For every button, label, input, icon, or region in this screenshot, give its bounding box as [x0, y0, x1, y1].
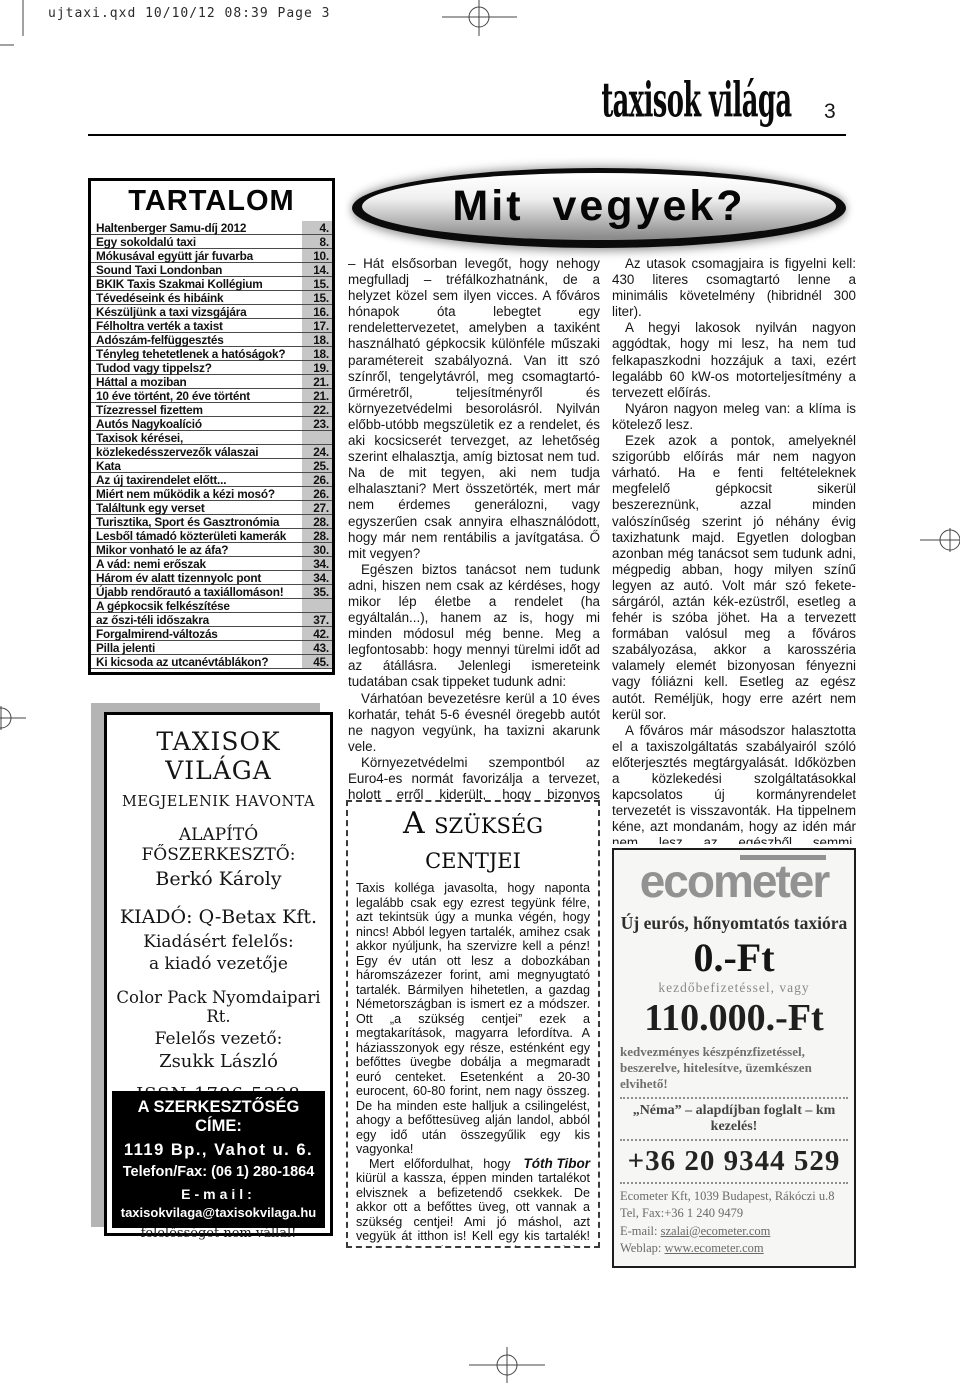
toc-item: Kata25.	[91, 459, 332, 473]
toc-box: TARTALOM Haltenberger Samu-díj 20124.Egy…	[88, 178, 335, 675]
ad-company: Ecometer Kft, 1039 Budapest, Rákóczi u.8	[620, 1188, 848, 1206]
toc-item: 10 éve történt, 20 éve történt21.	[91, 389, 332, 403]
toc-item: Taxisok kérései,	[91, 431, 332, 445]
imprint-founder-label: ALAPÍTÓ FŐSZERKESZTŐ:	[107, 825, 330, 865]
article-paragraph: Egészen biztos tanácsot nem tudunk adni,…	[348, 562, 600, 691]
toc-item: Forgalmirend-változás42.	[91, 627, 332, 641]
article-paragraph: A főváros már másodszor halasztotta el a…	[612, 723, 856, 844]
imprint-publisher: KIADÓ: Q-Betax Kft.	[107, 906, 330, 928]
box-article-paragraph: Taxis kolléga javasolta, hogy naponta le…	[356, 881, 590, 1157]
ad-feature: „Néma” – alapdíjban foglalt – km kezelés…	[620, 1103, 848, 1135]
toc-title: TARTALOM	[91, 185, 332, 218]
ad-email-link[interactable]: szalai@ecometer.com	[661, 1224, 771, 1238]
ad-price-secondary: 110.000.-Ft	[620, 999, 848, 1039]
imprint-printer-resp: Zsukk László	[107, 1051, 330, 1072]
editorial-address: 1119 Bp., Vahot u. 6.	[114, 1141, 323, 1160]
box-article: A szükség centjei Taxis kolléga javasolt…	[346, 800, 600, 1248]
page-number: 3	[824, 100, 836, 124]
article-banner-inner: Mit vegyek?	[362, 173, 836, 240]
ad-secondary-note: kedvezményes készpénzfizetéssel, beszere…	[620, 1044, 848, 1093]
toc-item: Miért nem működik a kézi mosó?26.	[91, 487, 332, 501]
article-paragraph: Az utasok csomagjaira is figyelni kell: …	[612, 256, 856, 320]
box-article-signature: Tóth Tibor	[511, 1157, 591, 1172]
magazine-logo: taxisok világa	[538, 76, 838, 132]
ecometer-logo: ecometer	[640, 858, 829, 904]
ad-headline: Új eurós, hőnyomtatós taxióra	[620, 913, 848, 934]
ad-divider	[620, 1139, 848, 1141]
toc-item: Turisztika, Sport és Gasztronómia28.	[91, 515, 332, 529]
imprint-frequency: MEGJELENIK HAVONTA	[107, 794, 330, 810]
toc-item: Készüljünk a taxi vizsgájára16.	[91, 305, 332, 319]
imprint-publisher-resp: a kiadó vezetője	[107, 954, 330, 974]
editorial-address-box: A SZERKESZTŐSÉG CÍME: 1119 Bp., Vahot u.…	[112, 1091, 325, 1228]
toc-list: Haltenberger Samu-díj 20124.Egy sokoldal…	[91, 221, 332, 669]
toc-item: Lesből támadó közterületi kamerák28.	[91, 529, 332, 543]
imprint-printer-resp-label: Felelős vezető:	[107, 1029, 330, 1049]
ad-divider	[620, 1182, 848, 1184]
toc-item: Három év alatt tizennyolc pont34.	[91, 571, 332, 585]
article-paragraph: – Hát elsősorban levegőt, hogy nehogy me…	[348, 256, 600, 562]
article-paragraph: Várhatóan bevezetésre kerül a 10 éves ko…	[348, 691, 600, 755]
toc-item: Pilla jelenti43.	[91, 641, 332, 655]
toc-item: Haltenberger Samu-díj 20124.	[91, 221, 332, 235]
toc-item: Félholtra verték a taxist17.	[91, 319, 332, 333]
toc-item: Egy sokoldalú taxi8.	[91, 235, 332, 249]
article-title: Mit vegyek?	[452, 182, 745, 231]
article-paragraph: Környezetvédelmi szempontból az Euro4-es…	[348, 755, 600, 800]
toc-item: Tízezressel fizettem22.	[91, 403, 332, 417]
toc-item: Autós Nagykoalíció23.	[91, 417, 332, 431]
magazine-page: { "page": { "slug": "ujtaxi.qxd 10/10/12…	[0, 0, 960, 1384]
imprint-printer: Color Pack Nyomdaipari Rt.	[107, 988, 330, 1026]
imprint-founder: Berkó Károly	[107, 868, 330, 890]
article-column-2: Az utasok csomagjaira is figyelni kell: …	[612, 256, 856, 844]
ad-box: ecometer Új eurós, hőnyomtatós taxióra 0…	[612, 848, 856, 1268]
toc-item: Adószám-felfüggesztés18.	[91, 333, 332, 347]
toc-item: Újabb rendőrautó a taxiállomáson!35.	[91, 585, 332, 599]
article-column-1: – Hát elsősorban levegőt, hogy nehogy me…	[348, 256, 600, 800]
toc-item: Találtunk egy verset27.	[91, 501, 332, 515]
editorial-title: A SZERKESZTŐSÉG CÍME:	[114, 1098, 323, 1136]
toc-item: Tudod vagy tippelsz?19.	[91, 361, 332, 375]
ad-email-line: E-mail: szalai@ecometer.com	[620, 1223, 848, 1241]
toc-item: A gépkocsik felkészítése	[91, 599, 332, 613]
article-banner: Mit vegyek?	[352, 168, 846, 248]
editorial-email: taxisokvilaga@taxisokvilaga.hu	[114, 1205, 323, 1220]
ad-price-note: kezdőbefizetéssel, vagy	[620, 980, 848, 996]
imprint-title: TAXISOK VILÁGA	[107, 727, 330, 785]
toc-item: Mikor vonható le az áfa?30.	[91, 543, 332, 557]
ad-phone: +36 20 9344 529	[620, 1145, 848, 1178]
imprint-publisher-resp-label: Kiadásért felelős:	[107, 932, 330, 952]
ad-tel-fax: Tel, Fax:+36 1 240 9479	[620, 1205, 848, 1223]
ad-web-line: Weblap: www.ecometer.com	[620, 1240, 848, 1258]
editorial-email-label: E-mail:	[114, 1186, 323, 1202]
ecometer-logo-bar	[740, 855, 827, 860]
article-paragraph: A hegyi lakosok nyilván nagyon aggódtak,…	[612, 320, 856, 400]
toc-item: Az új taxirendelet előtt...26.	[91, 473, 332, 487]
article-paragraph: Ezek azok a pontok, amelyeknél szigorúbb…	[612, 433, 856, 723]
toc-item: BKIK Taxis Szakmai Kollégium15.	[91, 277, 332, 291]
toc-item: Háttal a moziban21.	[91, 375, 332, 389]
toc-item: Tényleg tehetetlenek a hatóságok?18.	[91, 347, 332, 361]
toc-item: A vád: nemi erőszak34.	[91, 557, 332, 571]
ad-price-primary: 0.-Ft	[620, 937, 848, 979]
article-paragraph: Nyáron nagyon meleg van: a klíma is köte…	[612, 401, 856, 433]
toc-item: közlekedésszervezők válaszai24.	[91, 445, 332, 459]
toc-item: Mókusával együtt jár fuvarba10.	[91, 249, 332, 263]
toc-item: Ki kicsoda az utcanévtáblákon?45.	[91, 655, 332, 669]
prepress-slug: ujtaxi.qxd 10/10/12 08:39 Page 3	[48, 6, 330, 21]
box-article-title: A szükség centjei	[356, 806, 590, 876]
toc-item: Tévedéseink és hibáink15.	[91, 291, 332, 305]
header-rule	[88, 134, 846, 136]
ad-contact-block: Ecometer Kft, 1039 Budapest, Rákóczi u.8…	[620, 1188, 848, 1258]
editorial-phone: Telefon/Fax: (06 1) 280-1864	[114, 1164, 323, 1180]
ad-web-link[interactable]: www.ecometer.com	[664, 1241, 763, 1255]
box-article-paragraph: Tóth TiborMert előfordulhat, hogy kiürül…	[356, 1157, 590, 1249]
toc-item: az őszi-téli időszakra37.	[91, 613, 332, 627]
ad-divider	[620, 1097, 848, 1099]
imprint-box: TAXISOK VILÁGA MEGJELENIK HAVONTA ALAPÍT…	[104, 712, 333, 1236]
toc-item: Sound Taxi Londonban14.	[91, 263, 332, 277]
